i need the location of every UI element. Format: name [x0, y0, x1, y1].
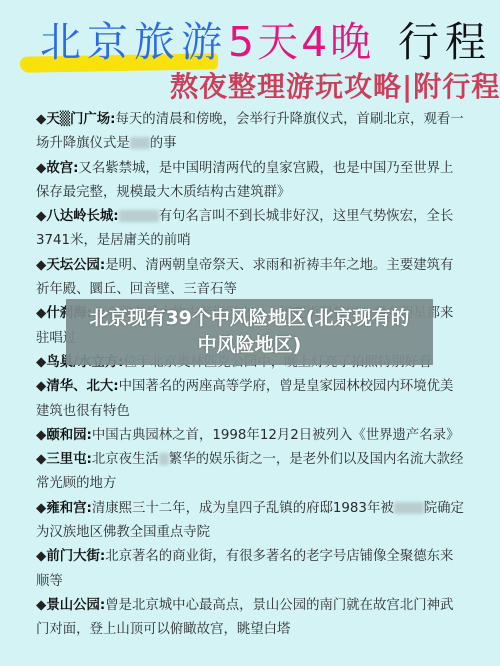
title-destination: 北京旅游	[40, 18, 228, 66]
attraction-name: 天坛公园:	[46, 258, 105, 273]
attraction-name: 天▒门广场:	[46, 112, 115, 127]
diamond-bullet-icon: ◆	[36, 501, 46, 516]
list-item: ◆故宫:又名紫禁城，是中国明清两代的皇家宫殿，也是中国乃至世界上保存最完整，规模…	[36, 157, 466, 206]
attraction-name: 故宫:	[46, 161, 78, 176]
diamond-bullet-icon: ◆	[36, 258, 46, 273]
attraction-name: 颐和园:	[46, 428, 92, 443]
attraction-list: ◆天▒门广场:每天的清晨和傍晚，会举行升降旗仪式，首刷北京，观看一场升降旗仪式是…	[36, 108, 466, 643]
attraction-name: 八达岭长城:	[46, 209, 118, 224]
attraction-description: 清康熙三十二年，成为皇四子乱镇的府邸1983年被	[92, 501, 394, 516]
list-item: ◆清华、北大:中国著名的两座高等学府，曾是皇家园林校园内环境优美建筑也很有特色	[36, 375, 466, 424]
attraction-name: 前门大街:	[46, 549, 105, 564]
diamond-bullet-icon: ◆	[36, 598, 46, 613]
redacted-blur	[130, 137, 150, 149]
diamond-bullet-icon: ◆	[36, 549, 46, 564]
diamond-bullet-icon: ◆	[36, 306, 46, 321]
diamond-bullet-icon: ◆	[36, 452, 46, 467]
title-banner: 北京旅游 5天4晚 行程	[0, 8, 500, 68]
diamond-bullet-icon: ◆	[36, 209, 46, 224]
list-item: ◆前门大街:北京著名的商业街，有很多著名的老字号店铺像全聚德东来顺等	[36, 545, 466, 594]
list-item: ◆颐和园:中国古典园林之首，1998年12月2日被列入《世界遗产名录》	[36, 424, 466, 448]
attraction-description: 中国古典园林之首，1998年12月2日被列入《世界遗产名录》	[92, 428, 460, 443]
list-item: ◆雍和宫:清康熙三十二年，成为皇四子乱镇的府邸1983年被院确定为汉族地区佛教全…	[36, 497, 466, 546]
attraction-name: 景山公园:	[46, 598, 105, 613]
headline-overlay[interactable]: 北京现有39个中风险地区(北京现有的中风险地区)	[66, 299, 433, 365]
list-item: ◆景山公园:曾是北京城中心最高点，景山公园的南门就在故宫北门神武门对面，登上山顶…	[36, 594, 466, 643]
diamond-bullet-icon: ◆	[36, 428, 46, 443]
attraction-name: 雍和宫:	[46, 501, 92, 516]
list-item: ◆天▒门广场:每天的清晨和傍晚，会举行升降旗仪式，首刷北京，观看一场升降旗仪式是…	[36, 108, 466, 157]
attraction-description: 又名紫禁城，是中国明清两代的皇家宫殿，也是中国乃至世界上保存最完整，规模最大木质…	[36, 161, 453, 200]
subtitle: 熬夜整理游玩攻略|附行程	[170, 70, 500, 104]
headline-text[interactable]: 北京现有39个中风险地区(北京现有的中风险地区)	[66, 305, 433, 359]
attraction-name: 清华、北大:	[46, 379, 118, 394]
diamond-bullet-icon: ◆	[36, 112, 46, 127]
attraction-description: 北京夜生活	[92, 452, 159, 467]
redacted-blur	[119, 210, 159, 222]
title-duration: 5天4晚	[228, 18, 374, 66]
title-itinerary: 行程	[398, 18, 492, 66]
list-item: ◆天坛公园:是明、清两朝皇帝祭天、求雨和祈祷丰年之地。主要建筑有祈年殿、圜丘、回…	[36, 254, 466, 303]
diamond-bullet-icon: ◆	[36, 379, 46, 394]
redacted-blur	[394, 502, 424, 514]
redacted-blur	[159, 453, 169, 465]
list-item: ◆三里屯:北京夜生活繁华的娱乐街之一，是老外们以及国内名流大款经常光顾的地方	[36, 448, 466, 497]
list-item: ◆八达岭长城:有句名言叫不到长城非好汉，这里气势恢宏，全长3741米，是居庸关的…	[36, 205, 466, 254]
diamond-bullet-icon: ◆	[36, 161, 46, 176]
diamond-bullet-icon: ◆	[36, 355, 46, 370]
attraction-description: 的事	[150, 136, 177, 151]
attraction-name: 三里屯:	[46, 452, 92, 467]
